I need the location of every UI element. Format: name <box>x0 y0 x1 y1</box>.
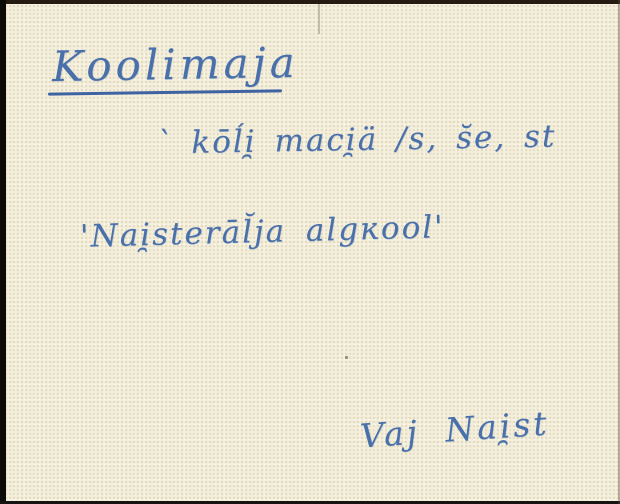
attribution-line: Vaj Nai̯st <box>359 403 551 455</box>
scan-artifact-line <box>318 4 320 34</box>
dialect-forms-line: ˋ kōĺi̯ maci̯ä /s, s̆e, st <box>156 119 557 162</box>
ink-speck <box>345 356 348 359</box>
quoted-phrase-line: 'Nai̯sterāl̆ja algĸool' <box>80 209 446 255</box>
scanned-dialect-card: Koolimaja ˋ kōĺi̯ maci̯ä /s, s̆e, st 'Na… <box>0 0 620 504</box>
headword: Koolimaja <box>52 38 299 91</box>
scan-border-left <box>0 0 6 504</box>
scan-border-top <box>0 0 620 4</box>
